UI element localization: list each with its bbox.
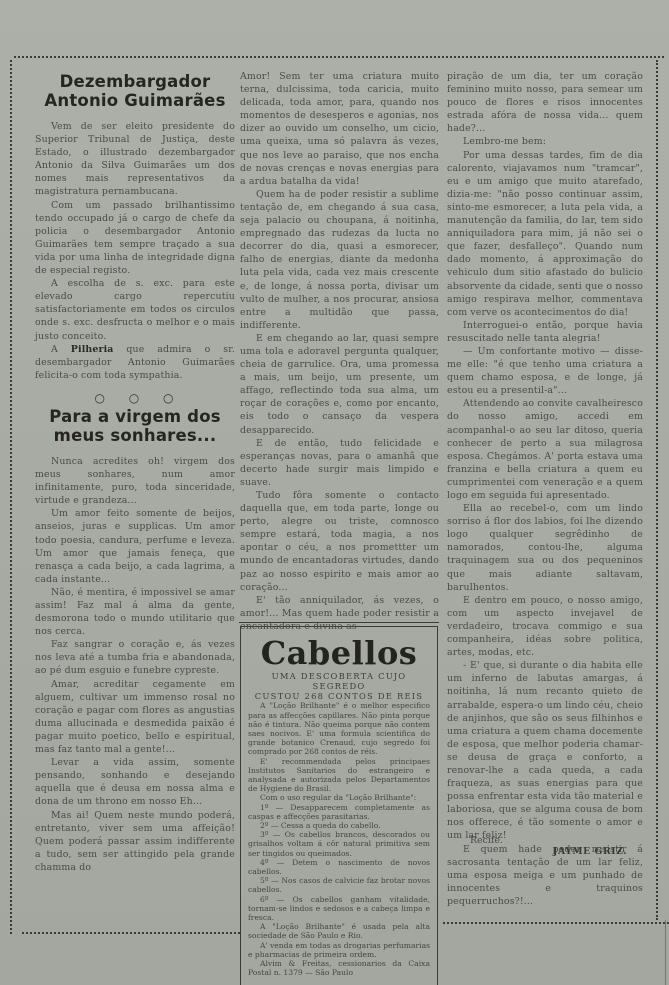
- dotted-border-bottom-right: [443, 922, 669, 924]
- publication-name: Pilheria: [71, 344, 114, 355]
- article-2-paragraph: piração de um dia, ter um coração femini…: [447, 70, 643, 135]
- article-2-paragraph: Ella ao recebel-o, com um lindo sorriso …: [447, 502, 643, 594]
- article-2-paragraph: E em chegando ao lar, quasi sempre uma t…: [240, 332, 439, 437]
- article-2-paragraph: Amor! Sem ter uma criatura muito terna, …: [240, 70, 439, 188]
- ad-list-item: 1º — Desapparecem completamente as caspa…: [248, 803, 430, 821]
- article-2-paragraph: E de então, tudo felicidade e esperanças…: [240, 437, 439, 489]
- closing-prefix: A: [51, 344, 71, 355]
- article-1-paragraph: Vem de ser eleito presidente do Superior…: [35, 120, 235, 199]
- ad-paragraph: A' venda em todas as drogarias perfumari…: [248, 941, 430, 959]
- article-1-paragraph: Com um passado brilhantissimo tendo occu…: [35, 199, 235, 278]
- article-2-paragraph: Levar a vida assim, somente pensando, so…: [35, 756, 235, 808]
- article-1-closing: A Pilheria que admira o sr. desembargado…: [35, 343, 235, 382]
- article-2-paragraph: Mas ai! Quem neste mundo poderá, entreta…: [35, 809, 235, 874]
- ad-top-rule: [239, 622, 439, 623]
- column-2: Amor! Sem ter uma criatura muito terna, …: [240, 70, 439, 633]
- ad-subtitle-line-2: CUSTOU 268 CONTOS DE REIS: [248, 692, 430, 702]
- article-2-headline: Para a virgem dos meus sonhares...: [35, 407, 235, 445]
- ad-subtitle-line-1: UMA DESCOBERTA CUJO SEGREDO: [248, 672, 430, 692]
- author-signature: JAYME GRIZ.: [553, 846, 627, 857]
- article-2-paragraph: Por uma dessas tardes, fim de dia calore…: [447, 149, 643, 319]
- article-2-paragraph: Interroguei-o então, porque havia resusc…: [447, 319, 643, 345]
- cabellos-advertisement: Cabellos UMA DESCOBERTA CUJO SEGREDO CUS…: [240, 626, 438, 985]
- ad-list-item: 6º — Os cabellos ganham vitalidade, torn…: [248, 895, 430, 923]
- article-2-paragraph: — Um confortante motivo — disse-me elle:…: [447, 345, 643, 397]
- article-2-paragraph: - E' que, si durante o dia habita elle u…: [447, 659, 643, 842]
- dateline-place: Recife.: [470, 835, 503, 846]
- dotted-border-bottom-left: [22, 932, 240, 934]
- article-1-paragraph: A escolha de s. exc. para este elevado c…: [35, 277, 235, 342]
- article-2-paragraph: Nunca acredites oh! virgem dos meus sonh…: [35, 455, 235, 507]
- article-2-paragraph: Um amor feito somente de beijos, anseios…: [35, 507, 235, 586]
- article-2-paragraph: Quem ha de poder resistir a sublime tent…: [240, 188, 439, 332]
- ad-list-item: 4º — Detem o nascimento de novos cabello…: [248, 858, 430, 876]
- column-3: piração de um dia, ter um coração femini…: [447, 70, 643, 908]
- newspaper-page: Dezembargador Antonio Guimarães Vem de s…: [0, 0, 669, 985]
- ad-list-item: 3º — Os cabellos brancos, descorados ou …: [248, 830, 430, 858]
- dotted-border-left: [10, 60, 12, 934]
- dotted-border-right: [656, 60, 658, 920]
- ad-paragraph: A "Loção Brilhante" é usada pela alta so…: [248, 922, 430, 940]
- article-2-paragraph: Faz sangrar o coração e, ás vezes nos le…: [35, 638, 235, 677]
- article-2-paragraph: Tudo fôra somente o contacto daquella qu…: [240, 489, 439, 594]
- article-2-paragraph: Lembro-me bem:: [447, 135, 643, 148]
- ad-list-item: 5º — Nos casos de calvicie faz brotar no…: [248, 876, 430, 894]
- article-2-paragraph: Amar, acreditar cegamente em alguem, cul…: [35, 678, 235, 757]
- column-1: Dezembargador Antonio Guimarães Vem de s…: [35, 72, 235, 874]
- ad-list-item: 2º — Cessa a queda do cabello.: [248, 821, 430, 830]
- ad-paragraph: A "Loção Brilhante" é o melhor especific…: [248, 701, 430, 756]
- dotted-border-top: [14, 56, 664, 58]
- ad-contact: Alvim & Freitas, cessionarios da Caixa P…: [248, 959, 430, 977]
- article-1-headline: Dezembargador Antonio Guimarães: [35, 72, 235, 110]
- article-2-paragraph: Attendendo ao convite cavalheiresco do n…: [447, 397, 643, 502]
- ad-paragraph: E' recommendada pelos principaes Institu…: [248, 757, 430, 794]
- article-2-paragraph: E dentro em pouco, o nosso amigo, com um…: [447, 594, 643, 659]
- section-separator-ornament: ○ ○ ○: [35, 392, 235, 405]
- ad-title: Cabellos: [248, 635, 430, 671]
- page-edge-line: [665, 920, 666, 985]
- ad-paragraph: Com o uso regular da "Loção Brilhante":: [248, 793, 430, 802]
- article-2-paragraph: Não, é mentira, é impossivel se amar ass…: [35, 586, 235, 638]
